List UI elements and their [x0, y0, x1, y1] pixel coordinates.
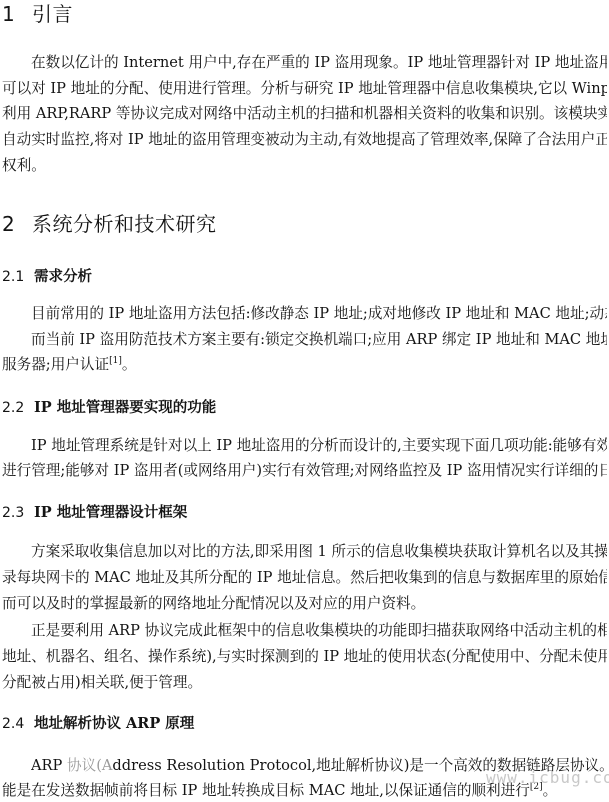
paragraph-line: 分配被占用)相关联,便于管理。 — [2, 673, 607, 693]
paragraph-line: 在数以亿计的 Internet 用户中,存在严重的 IP 盗用现象。IP 地址管… — [31, 53, 607, 73]
subsection-number: 2.3 — [2, 503, 34, 523]
paragraph-line: 利用 ARP,RARP 等协议完成对网络中活动主机的扫描和机器相关资料的收集和识… — [2, 104, 607, 124]
paragraph-line: 目前常用的 IP 地址盗用方法包括:修改静态 IP 地址;成对地修改 IP 地址… — [31, 304, 607, 324]
section-title: 系统分析和技术研究 — [32, 212, 217, 236]
subsection-heading-2-1: 2.1需求分析 — [2, 267, 92, 287]
paragraph-line: 进行管理;能够对 IP 盗用者(或网络用户)实行有效管理;对网络监控及 IP 盗… — [2, 461, 607, 481]
subsection-title: 需求分析 — [34, 268, 92, 285]
subsection-title: IP 地址管理器设计框架 — [34, 504, 187, 521]
line-text: ARP — [31, 757, 67, 774]
subsection-heading-2-2: 2.2IP 地址管理器要实现的功能 — [2, 398, 216, 418]
paragraph-line: 服务器;用户认证[1]。 — [2, 355, 607, 375]
subsection-number: 2.1 — [2, 267, 34, 287]
subsection-heading-2-4: 2.4地址解析协议 ARP 原理 — [2, 714, 194, 734]
subsection-title: IP 地址管理器要实现的功能 — [34, 399, 216, 416]
watermark-text: www.icbug.com — [486, 768, 609, 787]
paragraph-line: 权利。 — [2, 156, 607, 176]
section-heading-1: 1引言 — [2, 2, 73, 26]
paragraph-line: 地址、机器名、组名、操作系统),与实时探测到的 IP 地址的使用状态(分配使用中… — [2, 647, 607, 667]
line-text-faded: 协议(A — [67, 757, 112, 774]
paragraph-line: 而当前 IP 盗用防范技术方案主要有:锁定交换机端口;应用 ARP 绑定 IP … — [31, 330, 607, 350]
section-number: 1 — [2, 2, 32, 26]
paragraph-line: 而可以及时的掌握最新的网络地址分配情况以及对应的用户资料。 — [2, 594, 607, 614]
line-text: 服务器;用户认证 — [2, 356, 109, 373]
subsection-title: 地址解析协议 ARP 原理 — [34, 715, 194, 732]
paragraph-line: 录每块网卡的 MAC 地址及其所分配的 IP 地址信息。然后把收集到的信息与数据… — [2, 568, 607, 588]
subsection-number: 2.2 — [2, 398, 34, 418]
subsection-heading-2-3: 2.3IP 地址管理器设计框架 — [2, 503, 187, 523]
document-page: 1引言 在数以亿计的 Internet 用户中,存在严重的 IP 盗用现象。IP… — [0, 0, 609, 802]
paragraph-line: 正是要利用 ARP 协议完成此框架中的信息收集模块的功能即扫描获取网络中活动主机… — [31, 621, 607, 641]
paragraph-line: 可以对 IP 地址的分配、使用进行管理。分析与研究 IP 地址管理器中信息收集模… — [2, 79, 607, 99]
line-end: 。 — [122, 356, 137, 373]
paragraph-line: 方案采取收集信息加以对比的方法,即采用图 1 所示的信息收集模块获取计算机名以及… — [31, 542, 607, 562]
subsection-number: 2.4 — [2, 714, 34, 734]
section-number: 2 — [2, 212, 32, 236]
citation-ref: [1] — [109, 356, 122, 366]
paragraph-line: IP 地址管理系统是针对以上 IP 地址盗用的分析而设计的,主要实现下面几项功能… — [31, 436, 607, 456]
paragraph-line: 自动实时监控,将对 IP 地址的盗用管理变被动为主动,有效地提高了管理效率,保障… — [2, 130, 607, 150]
section-title: 引言 — [32, 2, 73, 26]
line-text: 能是在发送数据帧前将目标 IP 地址转换成目标 MAC 地址,以保证通信的顺利进… — [2, 782, 530, 799]
section-heading-2: 2系统分析和技术研究 — [2, 212, 217, 236]
